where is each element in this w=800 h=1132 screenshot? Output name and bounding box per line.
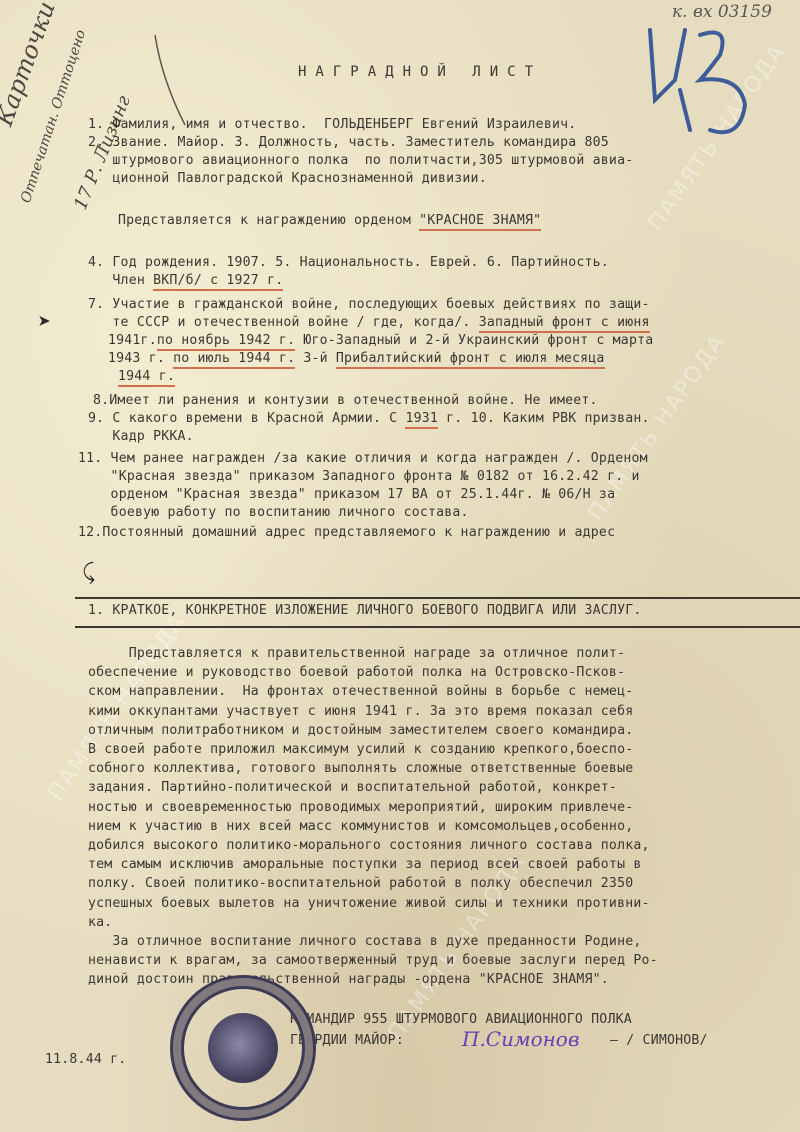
army-since-year: 1931 xyxy=(405,411,438,429)
nomination-order: "КРАСНОЕ ЗНАМЯ" xyxy=(419,213,541,231)
blue-pencil-mark-icon xyxy=(630,20,760,140)
party-membership: ВКП/б/ с 1927 г. xyxy=(153,273,283,291)
body-line: Представляется к правительственной награ… xyxy=(88,646,625,661)
handwritten-signature: П.Симонов xyxy=(462,1027,579,1051)
field-service: 1941г.по ноябрь 1942 г. Юго-Западный и 2… xyxy=(108,333,653,348)
body-line: ка. xyxy=(88,915,112,930)
body-line: нием к участию в них всей масс коммунист… xyxy=(88,819,633,834)
field-address: 12.Постоянный домашний адрес представляе… xyxy=(78,525,615,540)
party-prefix: Член xyxy=(88,273,153,288)
field-draft: Кадр РККА. xyxy=(88,429,194,444)
field-service: 7. Участие в гражданской войне, последую… xyxy=(88,297,650,312)
army-since-text: 9. С какого времени в Красной Армии. С xyxy=(88,411,405,426)
official-stamp xyxy=(170,975,316,1121)
body-line: ском направлении. На фронтах отечественн… xyxy=(88,684,633,699)
margin-arrow-icon: ➤ xyxy=(38,310,51,335)
nomination-line: Представляется к награждению орденом "КР… xyxy=(118,213,541,228)
service-text: 1943 г. xyxy=(108,351,173,366)
body-line: В своей работе приложил максимум усилий … xyxy=(88,742,633,757)
signature-name: — / СИМОНОВ/ xyxy=(610,1033,708,1048)
service-text: 1941г. xyxy=(108,333,157,348)
service-front: Западный фронт с июня xyxy=(479,315,650,333)
body-line: ненависти к врагам, за самоотверженный т… xyxy=(88,953,658,968)
body-line: отличным политработником и достойным зам… xyxy=(88,723,633,738)
field-service: те СССР и отечественной войне / где, ког… xyxy=(88,315,650,330)
margin-arrow-icon: ⤹ xyxy=(82,560,95,585)
document-title: НАГРАДНОЙ ЛИСТ xyxy=(298,64,542,80)
service-front: Прибалтийский фронт с июля месяца xyxy=(336,351,605,369)
archive-code: к. вх 03159 xyxy=(672,2,772,22)
section-rule-bottom xyxy=(75,626,800,628)
field-position-cont: ционной Павлоградской Краснознаменной ди… xyxy=(88,171,487,186)
field-party: Член ВКП/б/ с 1927 г. xyxy=(88,273,283,288)
body-line: За отличное воспитание личного состава в… xyxy=(88,934,642,949)
body-line: обеспечение и руководство боевой работой… xyxy=(88,665,625,680)
section-rule-top xyxy=(75,597,800,599)
body-line: добился высокого политико-морального сос… xyxy=(88,838,650,853)
army-since-text: г. 10. Каким РВК призван. xyxy=(438,411,650,426)
body-line: ностью и своевременностью проводимых мер… xyxy=(88,800,633,815)
service-period: по ноябрь 1942 г. xyxy=(157,333,295,351)
body-line: диной достоин правительственной награды … xyxy=(88,972,609,987)
signature-title: КОМАНДИР 955 ШТУРМОВОГО АВИАЦИОННОГО ПОЛ… xyxy=(290,1012,632,1027)
body-line: собного коллектива, готового выполнять с… xyxy=(88,761,633,776)
body-line: тем самым исключив аморальные поступки з… xyxy=(88,857,642,872)
field-position-cont: штурмового авиационного полка по политча… xyxy=(88,153,633,168)
body-line: кими оккупантами участвует с июня 1941 г… xyxy=(88,704,633,719)
body-line: успешных боевых вылетов на уничтожение ж… xyxy=(88,896,650,911)
field-birth-nationality: 4. Год рождения. 1907. 5. Национальность… xyxy=(88,255,609,270)
field-army-since: 9. С какого времени в Красной Армии. С 1… xyxy=(88,411,650,426)
service-period: по июль 1944 г. xyxy=(173,351,295,369)
service-text: 3-й xyxy=(295,351,336,366)
field-rank-position: 2. Звание. Майор. 3. Должность, часть. З… xyxy=(88,135,609,150)
body-line: задания. Партийно-политической и воспита… xyxy=(88,780,617,795)
service-text: те СССР и отечественной войне / где, ког… xyxy=(88,315,479,330)
stamp-emblem-icon xyxy=(208,1013,278,1083)
field-wounds: 8.Имеет ли ранения и контузии в отечеств… xyxy=(93,393,598,408)
field-service: 1943 г. по июль 1944 г. 3-й Прибалтийски… xyxy=(108,351,605,366)
field-prior-awards: 11. Чем ранее награжден /за какие отличи… xyxy=(78,451,648,466)
service-year: 1944 г. xyxy=(118,369,175,387)
field-prior-awards: боевую работу по воспитанию личного сост… xyxy=(78,505,469,520)
nomination-prefix: Представляется к награждению орденом xyxy=(118,213,419,228)
margin-vertical-line xyxy=(150,30,190,130)
service-text: Юго-Западный и 2-й Украинский фронт с ма… xyxy=(295,333,653,348)
field-name: 1. Фамилия, имя и отчество. ГОЛЬДЕНБЕРГ … xyxy=(88,117,576,132)
section-header: 1. КРАТКОЕ, КОНКРЕТНОЕ ИЗЛОЖЕНИЕ ЛИЧНОГО… xyxy=(88,603,642,618)
body-line: полку. Своей политико-воспитательной раб… xyxy=(88,876,633,891)
field-prior-awards: "Красная звезда" приказом Западного фрон… xyxy=(78,469,640,484)
field-prior-awards: орденом "Красная звезда" приказом 17 ВА … xyxy=(78,487,615,502)
document-date: 11.8.44 г. xyxy=(45,1052,126,1067)
